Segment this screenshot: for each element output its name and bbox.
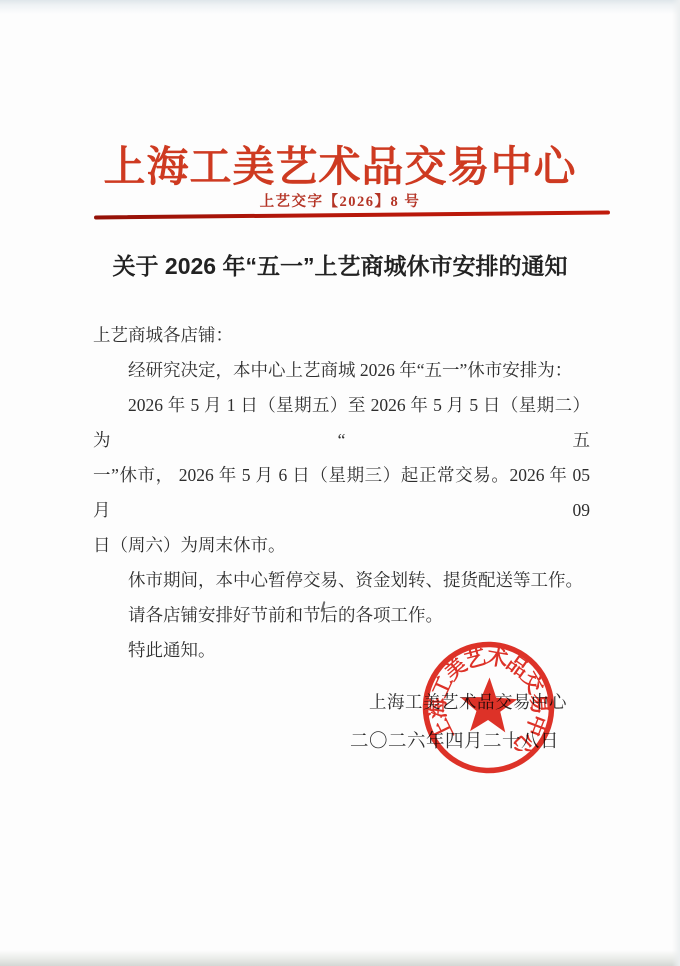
body-line: 经研究决定，本中心上艺商城 2026 年“五一”休市安排为： (93, 353, 590, 388)
document-number: 上艺交字【2026】8 号 (0, 190, 680, 211)
notice-title: 关于 2026 年“五一”上艺商城休市安排的通知 (0, 248, 680, 281)
photo-edge-bottom (0, 950, 680, 966)
body-line: 日（周六）为周末休市。 (93, 528, 590, 563)
body-line: 休市期间，本中心暂停交易、资金划转、提货配送等工作。 (93, 563, 590, 598)
photo-edge-top (0, 0, 680, 14)
document-page: 上海工美艺术品交易中心 上艺交字【2026】8 号 关于 2026 年“五一”上… (0, 0, 680, 966)
body-line: 一”休市， 2026 年 5 月 6 日（星期三）起正常交易。2026 年 05… (93, 458, 590, 528)
body-line-salutation: 上艺商城各店铺： (93, 318, 590, 353)
body-line: 请各店铺安排好节前和节后的各项工作。 (93, 598, 590, 633)
letterhead-org-name: 上海工美艺术品交易中心 (0, 134, 680, 194)
official-red-seal: 上海工美艺术品交易中心 (408, 627, 568, 787)
letterhead-red-rule (94, 211, 610, 219)
notice-body: 上艺商城各店铺： 经研究决定，本中心上艺商城 2026 年“五一”休市安排为： … (93, 318, 590, 668)
seal-star-icon (459, 677, 518, 733)
body-line: 2026 年 5 月 1 日（星期五）至 2026 年 5 月 5 日（星期二）… (93, 388, 590, 458)
